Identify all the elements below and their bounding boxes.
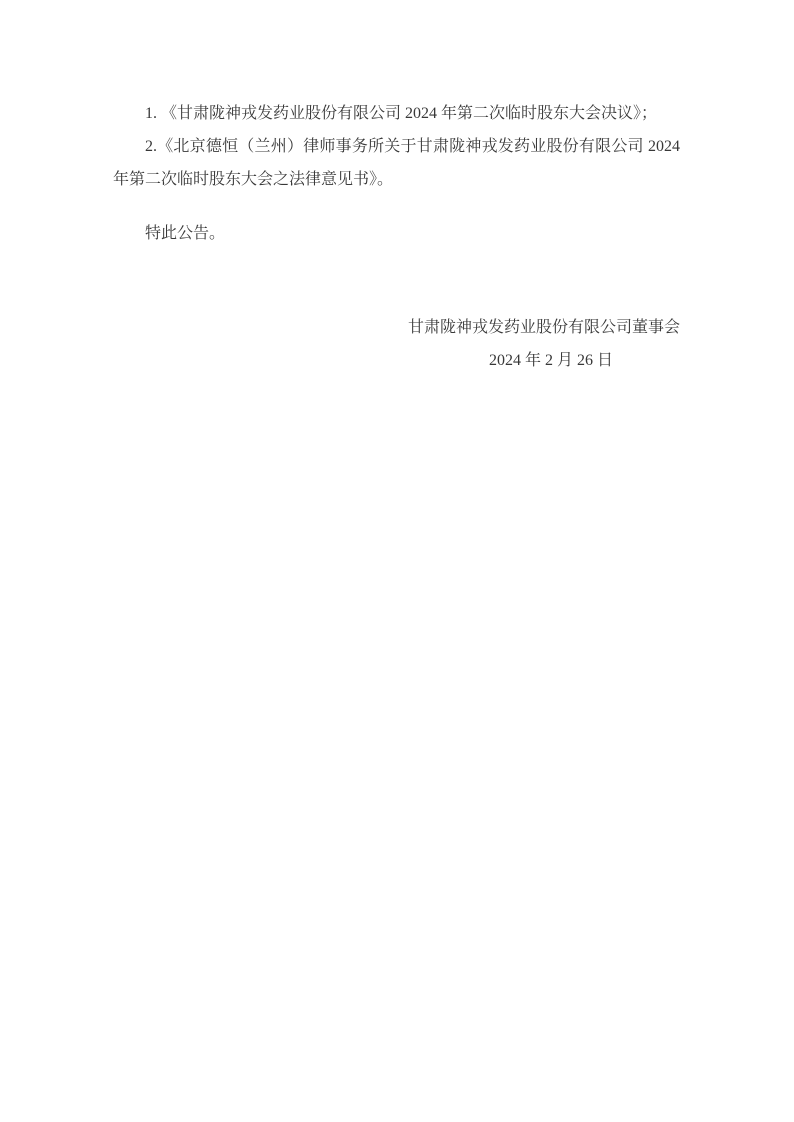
document-body: 1. 《甘肃陇神戎发药业股份有限公司 2024 年第二次临时股东大会决议》； 2…: [113, 97, 680, 377]
closing-statement: 特此公告。: [113, 217, 680, 250]
signature-date: 2024 年 2 月 26 日: [113, 344, 680, 377]
document-page: 1. 《甘肃陇神戎发药业股份有限公司 2024 年第二次临时股东大会决议》； 2…: [0, 0, 794, 1122]
attachment-item-1: 1. 《甘肃陇神戎发药业股份有限公司 2024 年第二次临时股东大会决议》；: [113, 97, 680, 130]
attachment-item-2: 2.《北京德恒（兰州）律师事务所关于甘肃陇神戎发药业股份有限公司 2024 年第…: [113, 130, 680, 196]
signature-company: 甘肃陇神戎发药业股份有限公司董事会: [113, 311, 680, 344]
